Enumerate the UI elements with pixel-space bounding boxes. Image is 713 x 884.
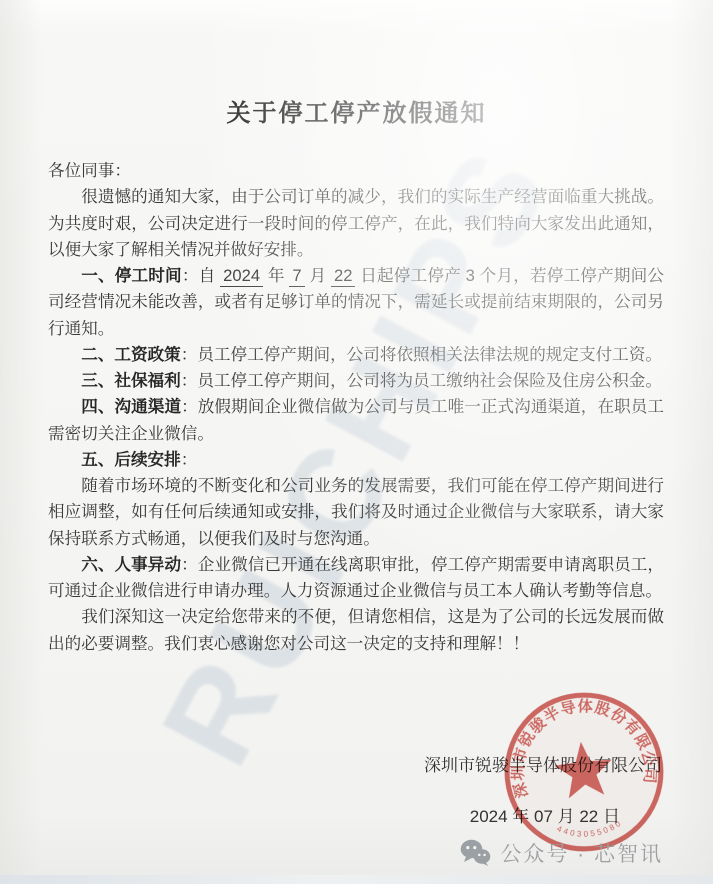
closing-paragraph: 我们深知这一决定给您带来的不便，但请您相信，这是为了公司的长远发展而做出的必要调… — [48, 604, 664, 657]
section-stop-time: 一、停工时间：自 2024 年 7 月 22 日起停工停产 3 个月，若停工停产… — [48, 263, 664, 342]
section-hr-change-colon: ： — [181, 555, 198, 574]
section-follow-up: 五、后续安排： — [48, 447, 664, 473]
notice-body: 各位同事： 很遗憾的通知大家，由于公司订单的减少，我们的实际生产经营面临重大挑战… — [48, 158, 664, 657]
wechat-account-label: 公众号 · 芯智讯 — [500, 838, 663, 868]
section-communication-label: 四、沟通渠道 — [81, 397, 181, 416]
salutation: 各位同事： — [48, 158, 664, 184]
wechat-icon — [460, 839, 491, 867]
stop-date-sep-month: 月 — [305, 266, 331, 285]
section-stop-time-label: 一、停工时间 — [81, 266, 182, 285]
section-hr-change: 六、人事异动：企业微信已开通在线离职审批，停工停产期需要申请离职员工，可通过企业… — [48, 552, 664, 605]
wechat-account-footer: 公众号 · 芯智讯 — [460, 838, 663, 868]
section-wage-policy-body: 员工停工停产期间，公司将依照相关法律法规的规定支付工资。 — [197, 345, 662, 364]
photo-bottom-edge — [0, 875, 713, 884]
section-hr-change-label: 六、人事异动 — [81, 555, 181, 574]
section-wage-policy-colon: ： — [181, 345, 198, 364]
notice-photo: RUICHIPS 关于停工停产放假通知 各位同事： 很遗憾的通知大家，由于公司订… — [0, 0, 713, 884]
stop-date-prefix: 自 — [199, 266, 221, 285]
section-social-security: 三、社保福利：员工停工停产期间，公司将为员工缴纳社会保险及住房公积金。 — [48, 368, 664, 394]
section-stop-time-colon: ： — [182, 266, 199, 285]
stop-date-sep-year: 年 — [263, 266, 289, 285]
section-communication: 四、沟通渠道：放假期间企业微信做为公司与员工唯一正式沟通渠道，在职员工需密切关注… — [48, 394, 664, 447]
page-title: 关于停工停产放假通知 — [0, 0, 713, 131]
section-wage-policy: 二、工资政策：员工停工停产期间，公司将依照相关法律法规的规定支付工资。 — [48, 342, 664, 368]
section-follow-up-paragraph: 随着市场环境的不断变化和公司业务的发展需要，我们可能在停工停产期间进行相应调整，… — [48, 473, 664, 552]
stop-date-year: 2024 — [220, 266, 263, 287]
section-wage-policy-label: 二、工资政策 — [81, 345, 181, 364]
section-social-security-colon: ： — [181, 371, 198, 390]
section-communication-colon: ： — [181, 397, 198, 416]
section-follow-up-label: 五、后续安排 — [81, 450, 181, 469]
section-social-security-label: 三、社保福利 — [81, 371, 181, 390]
stop-date-day: 22 — [331, 266, 355, 287]
stop-date-month: 7 — [289, 266, 304, 287]
intro-paragraph: 很遗憾的通知大家，由于公司订单的减少，我们的实际生产经营面临重大挑战。为共度时艰… — [48, 184, 664, 263]
section-social-security-body: 员工停工停产期间，公司将为员工缴纳社会保险及住房公积金。 — [197, 371, 662, 390]
section-follow-up-colon: ： — [181, 450, 198, 469]
